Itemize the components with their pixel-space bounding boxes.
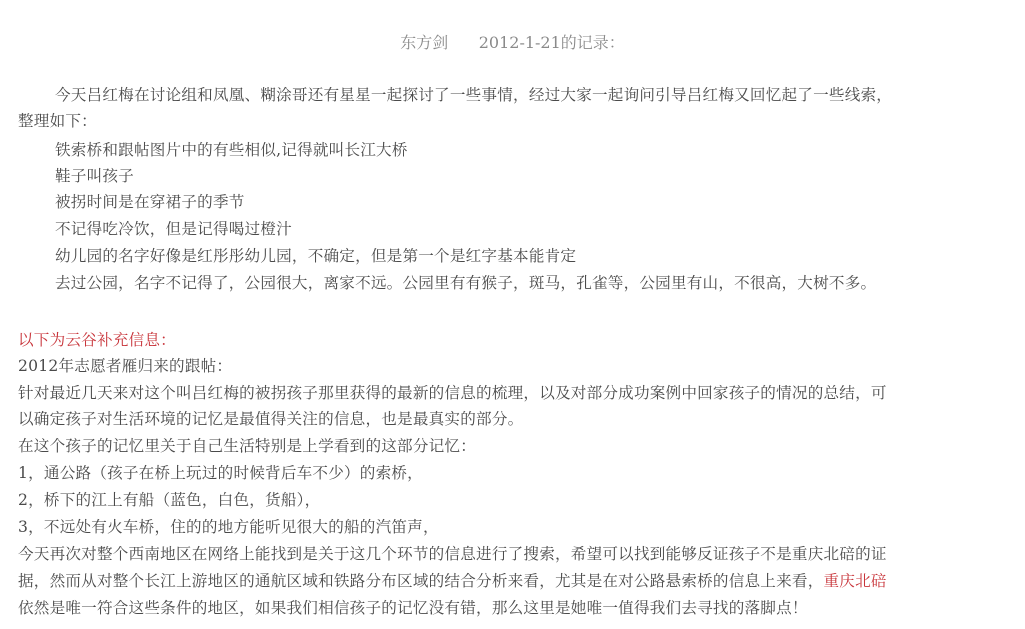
clue-item: 被拐时间是在穿裙子的季节 xyxy=(55,189,245,215)
record-date: 2012-1-21的记录： xyxy=(479,33,625,52)
intro-line-2: 整理如下： xyxy=(18,108,97,134)
document-page: 东方剑 2012-1-21的记录： 今天吕红梅在讨论组和凤凰、糊涂哥还有星星一起… xyxy=(0,0,1025,629)
conclusion-line-3: 依然是唯一符合这些条件的地区，如果我们相信孩子的记忆没有错，那么这里是她唯一值得… xyxy=(18,595,808,621)
conclusion-line-1: 今天再次对整个西南地区在网络上能找到是关于这几个环节的信息进行了搜索，希望可以找… xyxy=(18,541,887,567)
analysis-line-1: 针对最近几天来对这个叫吕红梅的被拐孩子那里获得的最新的信息的梳理，以及对部分成功… xyxy=(18,380,887,406)
supplement-source: 2012年志愿者雁归来的跟帖： xyxy=(18,353,232,379)
memory-item: 1，通公路（孩子在桥上玩过的时候背后车不少）的索桥， xyxy=(18,460,423,486)
memory-intro: 在这个孩子的记忆里关于自己生活特别是上学看到的这部分记忆： xyxy=(18,433,476,459)
supplement-heading: 以下为云谷补充信息： xyxy=(18,327,176,353)
conclusion-line-2: 据，然而从对整个长江上游地区的通航区域和铁路分布区域的结合分析来看，尤其是在对公… xyxy=(18,568,887,594)
intro-line-1: 今天吕红梅在讨论组和凤凰、糊涂哥还有星星一起探讨了一些事情，经过大家一起询问引导… xyxy=(55,82,892,108)
clue-item: 幼儿园的名字好像是红彤彤幼儿园，不确定，但是第一个是红字基本能肯定 xyxy=(55,243,576,269)
record-title: 东方剑 2012-1-21的记录： xyxy=(0,30,1025,56)
author-name: 东方剑 xyxy=(400,33,448,52)
memory-item: 2，桥下的江上有船（蓝色，白色，货船）， xyxy=(18,487,320,513)
memory-item: 3，不远处有火车桥，住的的地方能听见很大的船的汽笛声， xyxy=(18,514,439,540)
highlight-location: 重庆北碚 xyxy=(823,572,886,590)
analysis-line-2: 以确定孩子对生活环境的记忆是最值得关注的信息，也是最真实的部分。 xyxy=(18,406,523,432)
clue-item: 去过公园，名字不记得了，公园很大，离家不远。公园里有有猴子，斑马，孔雀等，公园里… xyxy=(55,270,876,296)
clue-item: 不记得吃冷饮，但是记得喝过橙汁 xyxy=(55,216,292,242)
clue-item: 鞋子叫孩子 xyxy=(55,163,134,189)
clue-item: 铁索桥和跟帖图片中的有些相似,记得就叫长江大桥 xyxy=(55,137,408,163)
conclusion-line-2-text: 据，然而从对整个长江上游地区的通航区域和铁路分布区域的结合分析来看，尤其是在对公… xyxy=(18,572,823,590)
